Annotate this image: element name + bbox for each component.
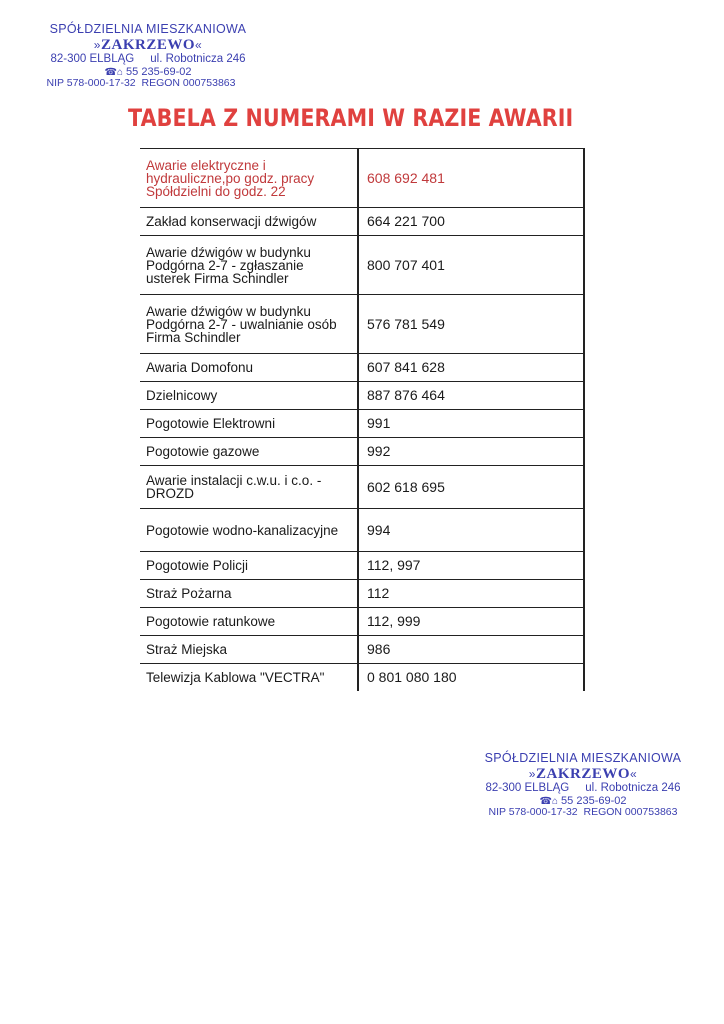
table-row: Pogotowie wodno-kanalizacyjne994 <box>140 509 584 552</box>
phone-number: 112, 999 <box>358 608 584 636</box>
phone-number: 986 <box>358 636 584 664</box>
stamp-address: 82-300 ELBLĄGul. Robotnicza 246 <box>478 782 688 795</box>
service-name: Telewizja Kablowa "VECTRA" <box>140 664 358 692</box>
service-name: Straż Pożarna <box>140 580 358 608</box>
phone-number: 991 <box>358 410 584 438</box>
service-name: Pogotowie ratunkowe <box>140 608 358 636</box>
table-row: Pogotowie ratunkowe112, 999 <box>140 608 584 636</box>
service-name: Pogotowie Elektrowni <box>140 410 358 438</box>
stamp-ids: NIP 578-000-17-32 REGON 000753863 <box>18 78 264 90</box>
phone-number: 608 692 481 <box>358 149 584 208</box>
phone-number: 992 <box>358 438 584 466</box>
table-row: Zakład konserwacji dźwigów664 221 700 <box>140 208 584 236</box>
table-row: Awarie dźwigów w budynku Podgórna 2-7 - … <box>140 236 584 295</box>
service-name: Awarie elektryczne i hydrauliczne,po god… <box>140 149 358 208</box>
phone-number: 112, 997 <box>358 552 584 580</box>
table-row: Pogotowie gazowe992 <box>140 438 584 466</box>
phone-number: 576 781 549 <box>358 295 584 354</box>
phone-number: 602 618 695 <box>358 466 584 509</box>
stamp-org: SPÓŁDZIELNIA MIESZKANIOWA <box>32 23 264 37</box>
service-name: Dzielnicowy <box>140 382 358 410</box>
table-row: Pogotowie Elektrowni991 <box>140 410 584 438</box>
service-name: Awarie dźwigów w budynku Podgórna 2-7 - … <box>140 295 358 354</box>
phone-number: 994 <box>358 509 584 552</box>
stamp-address: 82-300 ELBLĄGul. Robotnicza 246 <box>32 53 264 66</box>
phone-number: 800 707 401 <box>358 236 584 295</box>
page-title: TABELA Z NUMERAMI W RAZIE AWARII <box>128 104 549 132</box>
organization-stamp-bottom: SPÓŁDZIELNIA MIESZKANIOWA »ZAKRZEWO« 82-… <box>478 752 688 819</box>
service-name: Awarie dźwigów w budynku Podgórna 2-7 - … <box>140 236 358 295</box>
service-name: Pogotowie wodno-kanalizacyjne <box>140 509 358 552</box>
table-row: Awaria Domofonu607 841 628 <box>140 354 584 382</box>
phone-number: 0 801 080 180 <box>358 664 584 692</box>
table-row: Awarie elektryczne i hydrauliczne,po god… <box>140 149 584 208</box>
table-row: Pogotowie Policji112, 997 <box>140 552 584 580</box>
table-row: Telewizja Kablowa "VECTRA"0 801 080 180 <box>140 664 584 692</box>
table-row: Awarie dźwigów w budynku Podgórna 2-7 - … <box>140 295 584 354</box>
stamp-name: »ZAKRZEWO« <box>32 37 264 54</box>
stamp-name: »ZAKRZEWO« <box>478 766 688 783</box>
stamp-ids: NIP 578-000-17-32 REGON 000753863 <box>478 807 688 819</box>
service-name: Pogotowie Policji <box>140 552 358 580</box>
emergency-numbers-table: Awarie elektryczne i hydrauliczne,po god… <box>140 148 585 691</box>
phone-number: 112 <box>358 580 584 608</box>
stamp-org: SPÓŁDZIELNIA MIESZKANIOWA <box>478 752 688 766</box>
table-row: Straż Pożarna112 <box>140 580 584 608</box>
phone-number: 664 221 700 <box>358 208 584 236</box>
service-name: Awarie instalacji c.w.u. i c.o. - DROZD <box>140 466 358 509</box>
service-name: Zakład konserwacji dźwigów <box>140 208 358 236</box>
service-name: Awaria Domofonu <box>140 354 358 382</box>
table-row: Straż Miejska986 <box>140 636 584 664</box>
service-name: Straż Miejska <box>140 636 358 664</box>
phone-number: 607 841 628 <box>358 354 584 382</box>
service-name: Pogotowie gazowe <box>140 438 358 466</box>
table-row: Awarie instalacji c.w.u. i c.o. - DROZD6… <box>140 466 584 509</box>
table-row: Dzielnicowy887 876 464 <box>140 382 584 410</box>
organization-stamp-top: SPÓŁDZIELNIA MIESZKANIOWA »ZAKRZEWO« 82-… <box>32 23 264 90</box>
phone-number: 887 876 464 <box>358 382 584 410</box>
